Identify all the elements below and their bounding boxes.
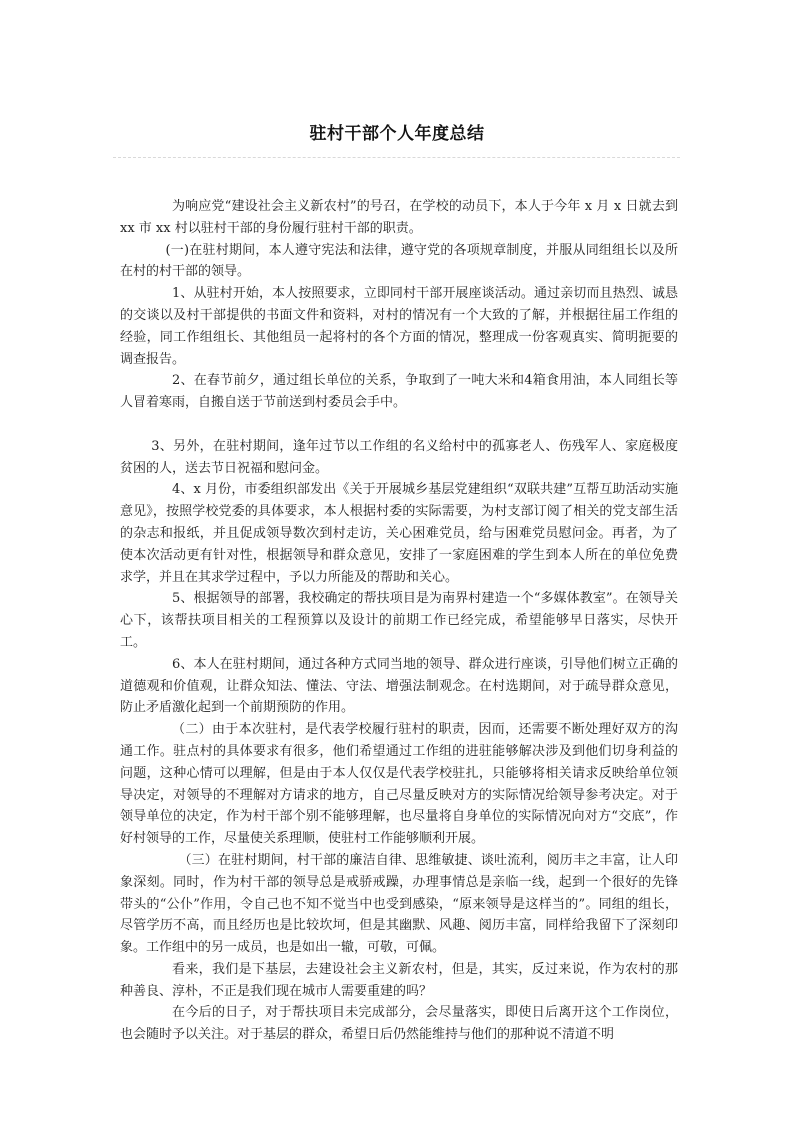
document-page: 驻村干部个人年度总结 为响应党“建设社会主义新农村”的号召，在学校的动员下，本人… bbox=[0, 0, 794, 1123]
document-body: 为响应党“建设社会主义新农村”的号召，在学校的动员下，本人于今年 x 月 x 日… bbox=[120, 196, 678, 1046]
document-title: 驻村干部个人年度总结 bbox=[0, 122, 794, 146]
paragraph-item-2: 2、在春节前夕，通过组长单位的关系，争取到了一吨大米和4箱食用油，本人同组长等人… bbox=[120, 370, 678, 414]
blank-line bbox=[120, 414, 678, 436]
paragraph-section-3: （三）在驻村期间，村干部的廉洁自律、思维敏捷、谈吐流利，阅历丰之丰富，让人印象深… bbox=[120, 850, 678, 959]
paragraph-item-3: 3、另外，在驻村期间，逢年过节以工作组的名义给村中的孤寡老人、伤残军人、家庭极度… bbox=[120, 436, 678, 480]
paragraph-item-6: 6、本人在驻村期间，通过各种方式同当地的领导、群众进行座谈，引导他们树立正确的道… bbox=[120, 654, 678, 719]
title-divider bbox=[113, 157, 680, 158]
paragraph-item-5: 5、根据领导的部署，我校确定的帮扶项目是为南界村建造一个“多媒体教室”。在领导关… bbox=[120, 588, 678, 653]
paragraph-item-4: 4、x 月份，市委组织部发出《关于开展城乡基层党建组织“双联共建”互帮互助活动实… bbox=[120, 479, 678, 588]
paragraph-future: 在今后的日子，对于帮扶项目未完成部分，会尽量落实，即使日后离开这个工作岗位，也会… bbox=[120, 1002, 678, 1046]
paragraph-intro: 为响应党“建设社会主义新农村”的号召，在学校的动员下，本人于今年 x 月 x 日… bbox=[120, 196, 678, 240]
paragraph-item-1: 1、从驻村开始，本人按照要求，立即同村干部开展座谈活动。通过亲切而且热烈、诚恳的… bbox=[120, 283, 678, 370]
paragraph-reflection: 看来，我们是下基层，去建设社会主义新农村，但是，其实，反过来说，作为农村的那种善… bbox=[120, 959, 678, 1003]
paragraph-section-1: (一)在驻村期间，本人遵守宪法和法律，遵守党的各项规章制度，并服从同组组长以及所… bbox=[120, 240, 678, 284]
paragraph-section-2: （二）由于本次驻村，是代表学校履行驻村的职责，因而，还需要不断处理好双方的沟通工… bbox=[120, 719, 678, 850]
